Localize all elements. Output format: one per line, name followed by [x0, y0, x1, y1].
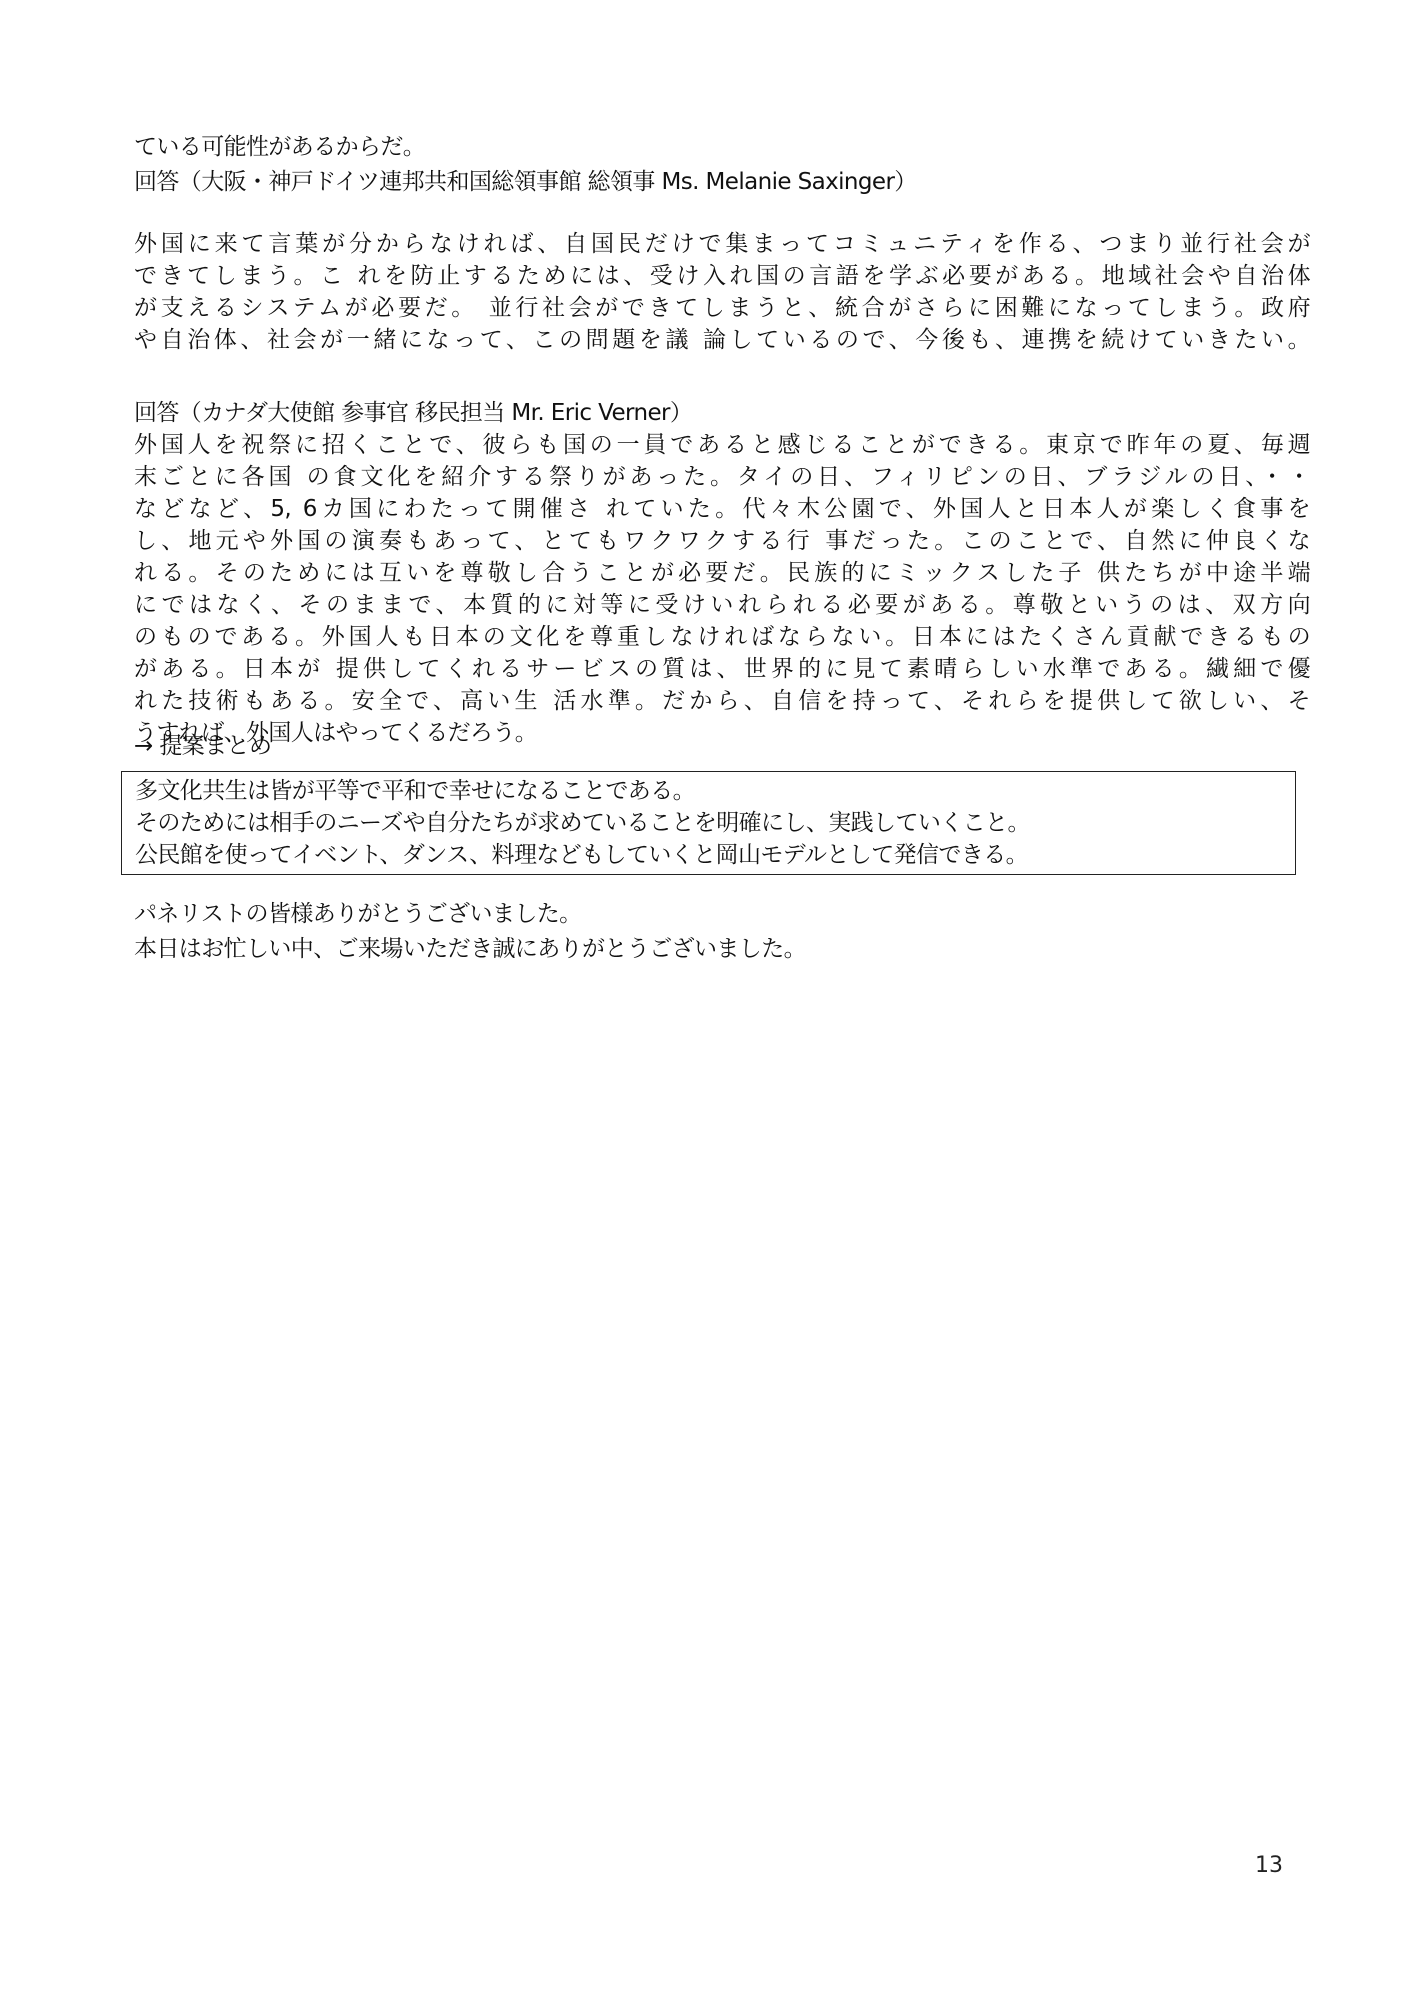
paragraph-line: し、地元や外国の演奏もあって、とてもワクワクする行 事だった。このことで、自然に… [134, 526, 1310, 556]
summary-box: 多文化共生は皆が平等で平和で幸せになることである。 そのためには相手のニーズや自… [121, 771, 1296, 875]
paragraph-line: がある。日本が 提供してくれるサービスの質は、世界的に見て素晴らしい水準である。… [134, 654, 1310, 684]
paragraph-line: れる。そのためには互いを尊敬し合うことが必要だ。民族的にミックスした子 供たちが… [134, 558, 1310, 588]
paragraph-line: のものである。外国人も日本の文化を尊重しなければならない。日本にはたくさん貢献で… [134, 622, 1310, 652]
paragraph-line: や自治体、社会が一緒になって、この問題を議 論しているので、今後も、連携を続けて… [134, 325, 1310, 355]
paragraph-line: にではなく、そのままで、本質的に対等に受けいれられる必要がある。尊敬というのは、… [134, 590, 1310, 620]
answer-germany-heading: 回答（大阪・神戸ドイツ連邦共和国総領事館 総領事 Ms. Melanie Sax… [134, 167, 917, 197]
summary-line: 公民館を使ってイベント、ダンス、料理などもしていくと岡山モデルとして発信できる。 [135, 840, 1028, 870]
paragraph-line: などなど、5, 6カ国にわたって開催さ れていた。代々木公園で、外国人と日本人が… [134, 494, 1310, 524]
summary-line: そのためには相手のニーズや自分たちが求めていることを明確にし、実践していくこと。 [135, 808, 1030, 838]
closing-line: パネリストの皆様ありがとうございました。 [134, 899, 582, 929]
summary-line: 多文化共生は皆が平等で平和で幸せになることである。 [135, 776, 695, 806]
paragraph-line: が支えるシステムが必要だ。 並行社会ができてしまうと、統合がさらに困難になってし… [134, 293, 1310, 323]
page-number: 13 [1255, 1853, 1283, 1878]
paragraph-line: 末ごとに各国 の食文化を紹介する祭りがあった。タイの日、フィリピンの日、ブラジル… [134, 462, 1310, 492]
paragraph-line: れた技術もある。安全で、高い生 活水準。だから、自信を持って、それらを提供して欲… [134, 686, 1310, 716]
closing-line: 本日はお忙しい中、ご来場いただき誠にありがとうございました。 [134, 934, 806, 964]
paragraph-line: 外国に来て言葉が分からなければ、自国民だけで集まってコミュニティを作る、つまり並… [134, 229, 1310, 259]
paragraph-line: 外国人を祝祭に招くことで、彼らも国の一員であると感じることができる。東京で昨年の… [134, 430, 1310, 460]
summary-label: → 提案まとめ [134, 731, 271, 761]
paragraph-line: できてしまう。こ れを防止するためには、受け入れ国の言語を学ぶ必要がある。地域社… [134, 261, 1310, 291]
intro-line: ている可能性があるからだ。 [134, 132, 425, 162]
answer-canada-heading: 回答（カナダ大使館 参事官 移民担当 Mr. Eric Verner） [134, 398, 692, 428]
